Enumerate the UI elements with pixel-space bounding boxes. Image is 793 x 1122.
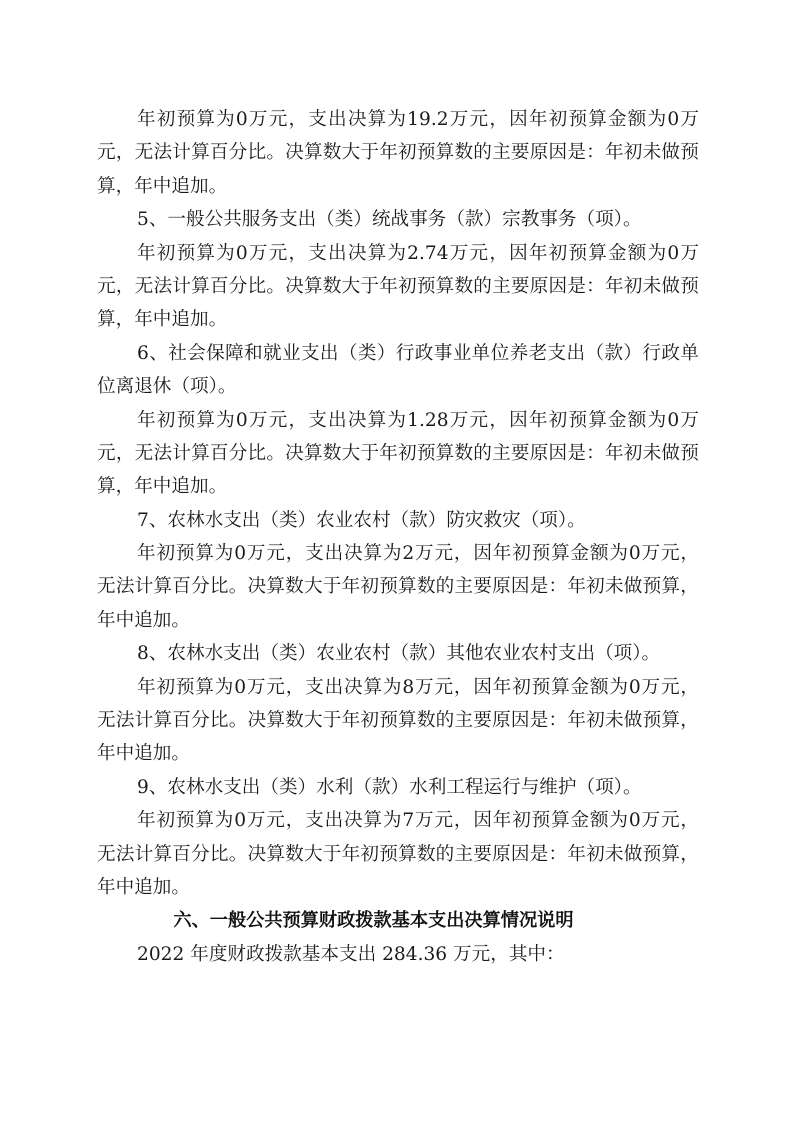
item-title-line: 8、农林水支出（类）农业农村（款）其他农业农村支出（项）。 [97, 637, 699, 670]
section6-intro-paragraph: 2022 年度财政拨款基本支出 284.36 万元，其中： [97, 938, 699, 971]
paragraph-line: 年初预算为0万元，支出决算为19.2万元，因年初预算金额为0万 [97, 103, 699, 136]
item9-detail-paragraph: 年初预算为0万元，支出决算为7万元，因年初预算金额为0万元， 无法计算百分比。决… [97, 804, 699, 904]
paragraph-line: 元，无法计算百分比。决算数大于年初预算数的主要原因是：年初未做预 [97, 136, 699, 169]
section-heading-text: 六、一般公共预算财政拨款基本支出决算情况说明 [97, 904, 699, 937]
paragraph-line: 2022 年度财政拨款基本支出 284.36 万元，其中： [97, 938, 699, 971]
item7-detail-paragraph: 年初预算为0万元，支出决算为2万元，因年初预算金额为0万元， 无法计算百分比。决… [97, 537, 699, 637]
paragraph-line: 年中追加。 [97, 871, 699, 904]
paragraph-line: 年中追加。 [97, 737, 699, 770]
item8-detail-paragraph: 年初预算为0万元，支出决算为8万元，因年初预算金额为0万元， 无法计算百分比。决… [97, 671, 699, 771]
item-title-line: 7、农林水支出（类）农业农村（款）防灾救灾（项）。 [97, 504, 699, 537]
item-title-line: 5、一般公共服务支出（类）统战事务（款）宗教事务（项）。 [97, 203, 699, 236]
item9-title: 9、农林水支出（类）水利（款）水利工程运行与维护（项）。 [97, 771, 699, 804]
paragraph-line: 年初预算为0万元，支出决算为2万元，因年初预算金额为0万元， [97, 537, 699, 570]
paragraph-line: 年初预算为0万元，支出决算为8万元，因年初预算金额为0万元， [97, 671, 699, 704]
paragraph-line: 无法计算百分比。决算数大于年初预算数的主要原因是：年初未做预算， [97, 704, 699, 737]
item6-title: 6、社会保障和就业支出（类）行政事业单位养老支出（款）行政单 位离退休（项）。 [97, 337, 699, 404]
document-page: 年初预算为0万元，支出决算为19.2万元，因年初预算金额为0万 元，无法计算百分… [97, 103, 699, 971]
paragraph-line: 元，无法计算百分比。决算数大于年初预算数的主要原因是：年初未做预 [97, 437, 699, 470]
paragraph-line: 算，年中追加。 [97, 303, 699, 336]
item8-title: 8、农林水支出（类）农业农村（款）其他农业农村支出（项）。 [97, 637, 699, 670]
paragraph-line: 年初预算为0万元，支出决算为7万元，因年初预算金额为0万元， [97, 804, 699, 837]
paragraph-line: 年初预算为0万元，支出决算为1.28万元，因年初预算金额为0万 [97, 404, 699, 437]
item5-title: 5、一般公共服务支出（类）统战事务（款）宗教事务（项）。 [97, 203, 699, 236]
paragraph-line: 无法计算百分比。决算数大于年初预算数的主要原因是：年初未做预算， [97, 838, 699, 871]
item5-detail-paragraph: 年初预算为0万元，支出决算为2.74万元，因年初预算金额为0万 元，无法计算百分… [97, 237, 699, 337]
paragraph-line: 无法计算百分比。决算数大于年初预算数的主要原因是：年初未做预算， [97, 570, 699, 603]
paragraph-line: 元，无法计算百分比。决算数大于年初预算数的主要原因是：年初未做预 [97, 270, 699, 303]
item7-title: 7、农林水支出（类）农业农村（款）防灾救灾（项）。 [97, 504, 699, 537]
paragraph-line: 算，年中追加。 [97, 170, 699, 203]
item6-detail-paragraph: 年初预算为0万元，支出决算为1.28万元，因年初预算金额为0万 元，无法计算百分… [97, 404, 699, 504]
paragraph-line: 年中追加。 [97, 604, 699, 637]
section6-heading: 六、一般公共预算财政拨款基本支出决算情况说明 [97, 904, 699, 937]
item-title-line: 位离退休（项）。 [97, 370, 699, 403]
item4-detail-paragraph: 年初预算为0万元，支出决算为19.2万元，因年初预算金额为0万 元，无法计算百分… [97, 103, 699, 203]
paragraph-line: 算，年中追加。 [97, 470, 699, 503]
item-title-line: 9、农林水支出（类）水利（款）水利工程运行与维护（项）。 [97, 771, 699, 804]
item-title-line: 6、社会保障和就业支出（类）行政事业单位养老支出（款）行政单 [97, 337, 699, 370]
paragraph-line: 年初预算为0万元，支出决算为2.74万元，因年初预算金额为0万 [97, 237, 699, 270]
